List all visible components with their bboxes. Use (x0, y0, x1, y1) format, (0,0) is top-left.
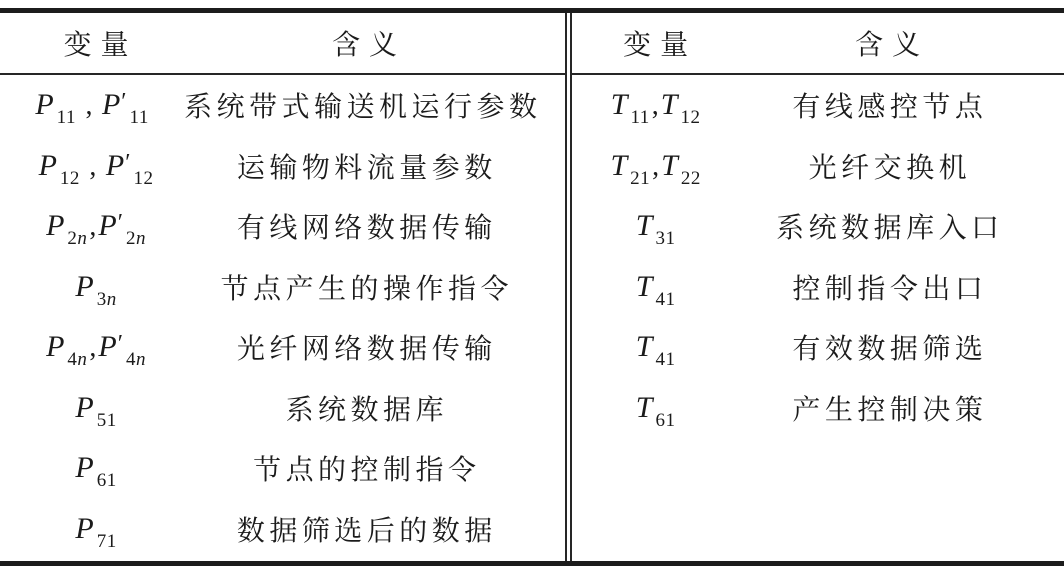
meaning-text: 运输物料流量参数 (237, 146, 497, 186)
variable-definition-table: 变量 含义 P11 , P′11 系统带式输送机运行参数 P12 , P′12 … (0, 8, 1064, 566)
table-row: P12 , P′12 运输物料流量参数 (0, 136, 565, 197)
meaning-cell: 有线网络数据传输 (192, 196, 565, 257)
meaning-cell: 节点产生的操作指令 (192, 257, 565, 318)
col-header-variable: 变量 (572, 13, 739, 73)
variable-symbol: P51 (75, 393, 116, 423)
variable-cell: P3n (0, 257, 192, 318)
variable-symbol: P3n (75, 272, 116, 302)
meaning-cell: 数据筛选后的数据 (192, 499, 565, 560)
meaning-text: 有线感控节点 (792, 85, 987, 125)
table-row: P51 系统数据库 (0, 378, 565, 439)
variable-cell: P2n,P′2n (0, 196, 192, 257)
col-header-variable: 变量 (0, 13, 192, 73)
table-row: T21,T22 光纤交换机 (572, 136, 1064, 197)
meaning-cell: 系统数据库 (192, 378, 565, 439)
col-header-meaning-label: 含义 (855, 23, 929, 63)
meaning-text: 光纤交换机 (809, 146, 971, 186)
variable-cell: P61 (0, 438, 192, 499)
variable-cell: T61 (572, 378, 739, 439)
table-row: T41 有效数据筛选 (572, 317, 1064, 378)
table-row: P4n,P′4n 光纤网络数据传输 (0, 317, 565, 378)
variable-cell: P71 (0, 499, 192, 560)
meaning-cell: 产生控制决策 (739, 378, 1064, 439)
col-header-variable-label: 变量 (64, 23, 138, 63)
col-header-meaning-label: 含义 (332, 23, 406, 63)
meaning-cell: 控制指令出口 (739, 257, 1064, 318)
table-row: T41 控制指令出口 (572, 257, 1064, 318)
variable-cell: T11,T12 (572, 75, 739, 136)
meaning-cell: 光纤交换机 (739, 136, 1064, 197)
table-left-half: 变量 含义 P11 , P′11 系统带式输送机运行参数 P12 , P′12 … (0, 13, 565, 561)
meaning-cell: 有线感控节点 (739, 75, 1064, 136)
meaning-cell: 系统带式输送机运行参数 (184, 75, 565, 136)
meaning-text: 有线网络数据传输 (237, 206, 497, 246)
header-row: 变量 含义 (572, 13, 1064, 75)
table-row: P11 , P′11 系统带式输送机运行参数 (0, 75, 565, 136)
meaning-text: 节点的控制指令 (253, 448, 480, 488)
table-row: P61 节点的控制指令 (0, 438, 565, 499)
table-divider-double-rule (565, 13, 572, 561)
meaning-cell: 有效数据筛选 (739, 317, 1064, 378)
variable-symbol: P2n,P′2n (46, 211, 146, 241)
header-row: 变量 含义 (0, 13, 565, 75)
variable-cell: T41 (572, 257, 739, 318)
table-row: P71 数据筛选后的数据 (0, 499, 565, 560)
variable-cell: T21,T22 (572, 136, 739, 197)
variable-cell: P51 (0, 378, 192, 439)
table-row: P2n,P′2n 有线网络数据传输 (0, 196, 565, 257)
variable-symbol: P11 , P′11 (35, 90, 149, 120)
variable-symbol: T21,T22 (610, 151, 700, 181)
table-row: T61 产生控制决策 (572, 378, 1064, 439)
meaning-text: 系统带式输送机运行参数 (184, 85, 541, 125)
variable-symbol: T61 (636, 393, 676, 423)
meaning-text: 有效数据筛选 (792, 327, 987, 367)
col-header-variable-label: 变量 (623, 23, 697, 63)
meaning-text: 节点产生的操作指令 (221, 267, 513, 307)
meaning-text: 产生控制决策 (792, 388, 987, 428)
variable-cell: P12 , P′12 (0, 136, 192, 197)
variable-symbol: P61 (75, 453, 116, 483)
variable-cell: T31 (572, 196, 739, 257)
col-header-meaning: 含义 (739, 13, 1064, 73)
meaning-cell: 节点的控制指令 (192, 438, 565, 499)
table-row: T11,T12 有线感控节点 (572, 75, 1064, 136)
table-row: P3n 节点产生的操作指令 (0, 257, 565, 318)
meaning-text: 数据筛选后的数据 (237, 509, 497, 549)
table-row: T31 系统数据库入口 (572, 196, 1064, 257)
meaning-cell: 光纤网络数据传输 (192, 317, 565, 378)
variable-symbol: P12 , P′12 (39, 151, 154, 181)
meaning-text: 系统数据库入口 (776, 206, 1003, 246)
col-header-meaning: 含义 (192, 13, 565, 73)
variable-cell: T41 (572, 317, 739, 378)
meaning-cell: 运输物料流量参数 (192, 136, 565, 197)
variable-symbol: P4n,P′4n (46, 332, 146, 362)
variable-symbol: T31 (636, 211, 676, 241)
meaning-text: 光纤网络数据传输 (237, 327, 497, 367)
table-right-half: 变量 含义 T11,T12 有线感控节点 T21,T22 光纤交换机 T31 系… (572, 13, 1064, 561)
meaning-cell: 系统数据库入口 (739, 196, 1064, 257)
variable-cell: P4n,P′4n (0, 317, 192, 378)
variable-symbol: P71 (75, 514, 116, 544)
variable-symbol: T11,T12 (611, 90, 701, 120)
variable-symbol: T41 (636, 272, 676, 302)
variable-cell: P11 , P′11 (0, 75, 184, 136)
meaning-text: 控制指令出口 (792, 267, 987, 307)
meaning-text: 系统数据库 (286, 388, 448, 428)
variable-symbol: T41 (636, 332, 676, 362)
